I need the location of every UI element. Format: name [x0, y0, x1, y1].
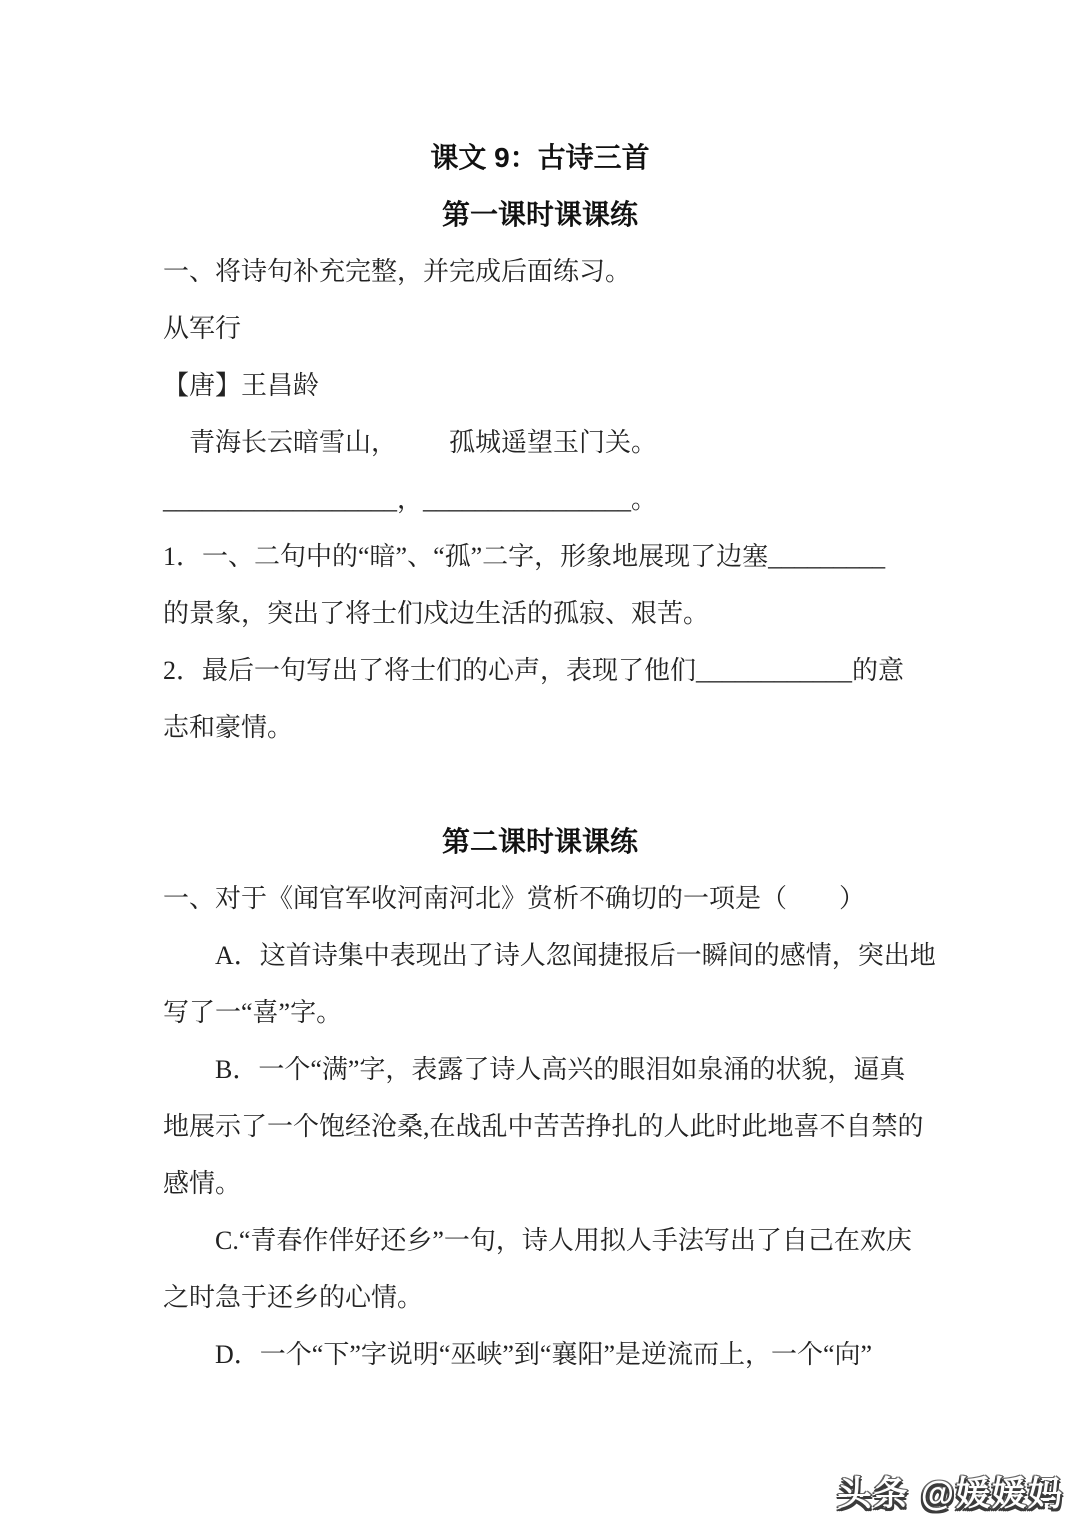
poem-verse-first-half: 青海长云暗雪山， — [189, 428, 397, 457]
answer-blank-line: __________________，________________。 — [163, 471, 917, 528]
session1-heading: 第一课时课课练 — [163, 186, 917, 243]
option-b-line3: 感情。 — [163, 1155, 917, 1212]
worksheet-title: 课文 9：古诗三首 — [163, 129, 917, 186]
question1-intro: 一、将诗句补充完整，并完成后面练习。 — [163, 243, 917, 300]
watermark: 头条 @媛媛妈 — [837, 1466, 1064, 1515]
option-c-line1: C.“青春作伴好还乡”一句，诗人用拟人手法写出了自己在欢庆 — [163, 1212, 917, 1269]
sub-question-1-line1: 1．一、二句中的“暗”、“孤”二字，形象地展现了边塞_________ — [163, 528, 917, 585]
poem-verse-second-half: 孤城遥望玉门关。 — [449, 428, 657, 457]
worksheet-content: 课文 9：古诗三首 第一课时课课练 一、将诗句补充完整，并完成后面练习。 从军行… — [163, 129, 917, 1383]
option-a-line1: A．这首诗集中表现出了诗人忽闻捷报后一瞬间的感情，突出地 — [163, 927, 917, 984]
section-gap-spacer — [163, 756, 917, 813]
option-a-line2: 写了一“喜”字。 — [163, 984, 917, 1041]
option-b-line2: 地展示了一个饱经沧桑,在战乱中苦苦挣扎的人此时此地喜不自禁的 — [163, 1098, 917, 1155]
poem-verse-line: 青海长云暗雪山，孤城遥望玉门关。 — [163, 414, 917, 471]
sub-question-1-line2: 的景象，突出了将士们戍边生活的孤寂、艰苦。 — [163, 585, 917, 642]
worksheet-page: 课文 9：古诗三首 第一课时课课练 一、将诗句补充完整，并完成后面练习。 从军行… — [0, 0, 1080, 1527]
multiple-choice-question: 一、对于《闻官军收河南河北》赏析不确切的一项是（ ） — [163, 870, 917, 927]
sub-question-2-line1: 2．最后一句写出了将士们的心声，表现了他们____________的意 — [163, 642, 917, 699]
session2-heading: 第二课时课课练 — [163, 813, 917, 870]
sub-question-2-line2: 志和豪情。 — [163, 699, 917, 756]
poem-title: 从军行 — [163, 300, 917, 357]
option-c-line2: 之时急于还乡的心情。 — [163, 1269, 917, 1326]
option-d-line1: D．一个“下”字说明“巫峡”到“襄阳”是逆流而上，一个“向” — [163, 1326, 917, 1383]
option-b-line1: B．一个“满”字，表露了诗人高兴的眼泪如泉涌的状貌，逼真 — [163, 1041, 917, 1098]
poem-author: 【唐】王昌龄 — [163, 357, 917, 414]
